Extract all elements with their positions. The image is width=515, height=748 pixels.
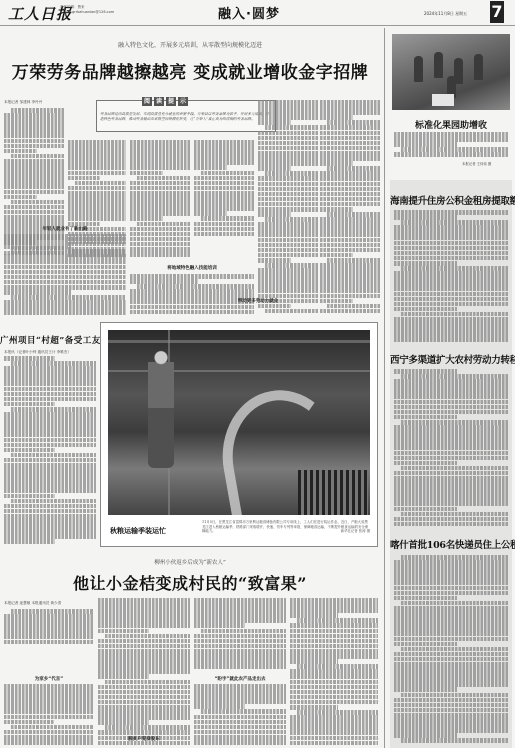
text-line bbox=[4, 427, 96, 432]
text-line bbox=[130, 232, 190, 237]
text-line bbox=[4, 149, 37, 154]
text-line bbox=[98, 613, 190, 618]
text-line bbox=[4, 118, 64, 123]
text-line bbox=[258, 156, 318, 161]
text-line bbox=[130, 242, 190, 247]
text-line bbox=[4, 529, 96, 534]
text-line bbox=[290, 680, 378, 685]
text-line bbox=[130, 191, 190, 196]
text-line bbox=[290, 603, 378, 608]
text-line bbox=[401, 555, 508, 560]
text-line bbox=[4, 514, 96, 519]
text-line bbox=[194, 639, 286, 644]
text-line bbox=[320, 105, 380, 110]
text-line bbox=[258, 232, 318, 237]
text-line bbox=[4, 730, 94, 735]
text-line bbox=[4, 300, 126, 305]
text-line bbox=[4, 468, 96, 473]
text-line bbox=[290, 608, 378, 613]
text-line bbox=[320, 227, 380, 232]
text-line bbox=[11, 453, 96, 458]
text-line bbox=[11, 407, 96, 412]
text-line bbox=[194, 623, 245, 628]
text-line bbox=[394, 456, 508, 461]
text-line bbox=[320, 232, 380, 237]
text-line bbox=[297, 618, 378, 623]
text-line bbox=[4, 290, 71, 295]
text-line bbox=[394, 476, 508, 481]
text-line bbox=[11, 249, 126, 254]
text-line bbox=[98, 603, 190, 608]
text-line bbox=[258, 146, 318, 151]
photo-title: 秋粮运输季装运忙 bbox=[110, 526, 166, 536]
text-line bbox=[194, 654, 286, 659]
text-line bbox=[320, 238, 380, 243]
text-line bbox=[194, 191, 254, 196]
text-line bbox=[130, 227, 190, 232]
reading-tips-label: 阅 读 提 示 bbox=[142, 97, 188, 106]
text-line bbox=[68, 191, 126, 196]
lead-headline: 万荣劳务品牌越擦越亮 变成就业增收金字招牌 bbox=[0, 58, 380, 83]
text-line bbox=[258, 304, 291, 309]
text-line bbox=[394, 142, 457, 147]
text-line bbox=[394, 430, 508, 435]
text-line bbox=[98, 598, 190, 603]
text-line bbox=[130, 155, 190, 160]
text-line bbox=[320, 197, 380, 202]
text-line bbox=[258, 166, 291, 171]
text-line bbox=[401, 374, 508, 379]
text-line bbox=[130, 206, 190, 211]
text-line bbox=[4, 174, 64, 179]
text-line bbox=[4, 634, 94, 639]
text-line bbox=[394, 611, 508, 616]
text-line bbox=[320, 288, 380, 293]
text-line bbox=[394, 703, 508, 708]
text-line bbox=[394, 626, 508, 631]
text-line bbox=[194, 186, 254, 191]
text-line bbox=[258, 136, 318, 141]
text-line bbox=[4, 113, 64, 118]
text-line bbox=[394, 522, 508, 527]
text-line bbox=[4, 458, 96, 463]
text-line bbox=[194, 644, 286, 649]
text-line bbox=[290, 613, 338, 618]
text-line bbox=[290, 639, 378, 644]
text-line bbox=[4, 689, 94, 694]
text-line bbox=[68, 206, 126, 211]
text-line bbox=[394, 241, 508, 246]
text-line bbox=[130, 305, 254, 310]
text-line bbox=[258, 243, 318, 248]
text-line bbox=[258, 141, 318, 146]
text-line bbox=[98, 644, 190, 649]
text-line bbox=[394, 496, 508, 501]
text-line bbox=[394, 586, 508, 591]
text-line bbox=[98, 690, 190, 695]
text-line bbox=[394, 440, 508, 445]
text-line bbox=[98, 685, 190, 690]
text-line bbox=[201, 709, 286, 714]
text-line bbox=[394, 652, 508, 657]
text-line bbox=[290, 685, 378, 690]
text-line bbox=[98, 649, 190, 654]
text-line bbox=[194, 684, 286, 689]
text-line bbox=[320, 141, 380, 146]
text-line bbox=[394, 246, 508, 251]
text-line bbox=[68, 211, 126, 216]
text-line bbox=[194, 608, 286, 613]
text-line bbox=[194, 720, 286, 725]
text-line bbox=[394, 261, 457, 266]
text-line bbox=[394, 575, 508, 580]
text-line bbox=[320, 217, 380, 222]
text-line bbox=[265, 263, 318, 268]
text-line bbox=[258, 202, 318, 207]
text-line bbox=[194, 699, 286, 704]
text-line bbox=[130, 150, 190, 155]
text-line bbox=[320, 131, 380, 136]
text-line bbox=[394, 486, 508, 491]
text-line bbox=[4, 614, 94, 619]
text-line bbox=[394, 667, 508, 672]
text-line bbox=[194, 598, 286, 603]
text-line bbox=[4, 699, 94, 704]
text-line bbox=[4, 509, 96, 514]
text-line bbox=[320, 136, 380, 141]
text-line bbox=[4, 195, 37, 200]
text-line bbox=[194, 222, 254, 227]
text-line bbox=[394, 271, 508, 276]
text-line bbox=[394, 560, 508, 565]
text-line bbox=[11, 609, 94, 614]
text-line bbox=[320, 268, 380, 273]
text-line bbox=[98, 730, 190, 735]
text-line bbox=[4, 478, 96, 483]
text-line bbox=[98, 623, 190, 628]
text-line bbox=[194, 664, 286, 669]
text-line bbox=[394, 733, 457, 738]
text-line bbox=[320, 243, 380, 248]
text-line bbox=[394, 565, 508, 570]
lead-subhead-3: 带动更多劳动力就业 bbox=[194, 298, 322, 304]
brief-body-2 bbox=[394, 369, 508, 529]
masthead: 工人日报 责任编辑：费来 E-mail:grrbzhuanlan@126.com… bbox=[0, 0, 515, 26]
text-line bbox=[258, 207, 318, 212]
text-line bbox=[327, 120, 380, 125]
text-line bbox=[4, 483, 96, 488]
text-line bbox=[4, 244, 71, 249]
text-line bbox=[4, 305, 126, 310]
text-line bbox=[4, 144, 64, 149]
text-line bbox=[394, 137, 508, 142]
text-line bbox=[258, 222, 318, 227]
text-line bbox=[327, 166, 380, 171]
text-line bbox=[290, 669, 378, 674]
section-title: 融入·圆梦 bbox=[218, 3, 280, 22]
text-line bbox=[297, 664, 378, 669]
text-line bbox=[4, 387, 96, 392]
text-line bbox=[130, 310, 254, 315]
text-line bbox=[4, 715, 94, 720]
text-line bbox=[194, 689, 286, 694]
text-line bbox=[394, 580, 508, 585]
text-line bbox=[4, 259, 126, 264]
text-line bbox=[68, 165, 126, 170]
lead-subhead-1: 年轻人就业有了新出路 bbox=[4, 226, 126, 232]
contact-info: 责任编辑：费来 E-mail:grrbzhuanlan@126.com bbox=[60, 5, 114, 14]
text-line bbox=[258, 253, 318, 258]
bottom-headline: 他让小金桔变成村民的“致富果” bbox=[0, 571, 380, 594]
text-line bbox=[98, 710, 190, 715]
text-line bbox=[394, 461, 457, 466]
text-line bbox=[394, 415, 457, 420]
text-line bbox=[394, 621, 508, 626]
text-line bbox=[11, 361, 96, 366]
text-line bbox=[194, 735, 286, 740]
text-line bbox=[394, 723, 508, 728]
text-line bbox=[68, 150, 126, 155]
text-line bbox=[194, 694, 286, 699]
text-line bbox=[265, 217, 318, 222]
text-line bbox=[4, 740, 94, 745]
text-line bbox=[4, 139, 64, 144]
text-line bbox=[4, 539, 55, 544]
text-line bbox=[258, 192, 318, 197]
text-line bbox=[4, 397, 96, 402]
text-line bbox=[194, 740, 286, 745]
text-line bbox=[4, 640, 94, 645]
text-line bbox=[201, 216, 254, 221]
brief-body-1 bbox=[394, 210, 508, 344]
text-line bbox=[130, 196, 190, 201]
text-line bbox=[258, 238, 318, 243]
text-line bbox=[4, 704, 94, 709]
text-line bbox=[4, 619, 94, 624]
bottom-subhead-3: 脱贫户变身股东 bbox=[98, 736, 190, 742]
text-line bbox=[194, 165, 227, 170]
text-line bbox=[394, 410, 508, 415]
text-line bbox=[394, 276, 508, 281]
text-line bbox=[320, 115, 353, 120]
text-line bbox=[4, 190, 64, 195]
text-line bbox=[290, 725, 378, 730]
text-line bbox=[68, 196, 126, 201]
text-line bbox=[394, 225, 508, 230]
orchard-photo-credit: 本报记者 王伟伟 摄 bbox=[462, 161, 491, 166]
text-line bbox=[4, 694, 94, 699]
text-line bbox=[258, 182, 318, 187]
text-line bbox=[258, 110, 318, 115]
text-line bbox=[401, 466, 508, 471]
text-line bbox=[394, 286, 508, 291]
text-line bbox=[320, 248, 380, 253]
orchard-photo-text bbox=[394, 132, 508, 160]
text-line bbox=[290, 629, 378, 634]
text-line bbox=[258, 151, 318, 156]
text-line bbox=[394, 517, 508, 522]
text-line bbox=[394, 322, 508, 327]
text-line bbox=[4, 159, 64, 164]
text-line bbox=[290, 649, 378, 654]
text-line bbox=[11, 725, 94, 730]
text-line bbox=[320, 253, 353, 258]
text-line bbox=[4, 402, 55, 407]
text-line bbox=[265, 309, 318, 314]
text-line bbox=[401, 312, 508, 317]
text-line bbox=[4, 412, 96, 417]
text-line bbox=[394, 369, 457, 374]
reading-tips-text: 劳务品牌是向高质量发展、实现高质量充分就业的重要手段。万荣县以劳务品牌为抓手，开… bbox=[100, 112, 272, 122]
text-line bbox=[290, 690, 378, 695]
text-line bbox=[105, 634, 190, 639]
tag-char: 示 bbox=[178, 97, 188, 106]
text-line bbox=[290, 715, 378, 720]
text-line bbox=[137, 176, 190, 181]
text-line bbox=[4, 720, 54, 725]
text-line bbox=[258, 283, 318, 288]
text-line bbox=[105, 680, 190, 685]
lead-body-col3b bbox=[130, 274, 254, 316]
text-line bbox=[98, 674, 149, 679]
text-line bbox=[327, 212, 380, 217]
text-line bbox=[98, 695, 190, 700]
bottom-subhead-2: “盼字”就此农产品走出去 bbox=[194, 676, 286, 682]
text-line bbox=[194, 196, 254, 201]
email-line: E-mail:grrbzhuanlan@126.com bbox=[60, 10, 114, 15]
text-line bbox=[68, 160, 126, 165]
text-line bbox=[394, 317, 508, 322]
text-line bbox=[258, 131, 318, 136]
bottom-kicker: 柳州小伙返乡后成为“新农人” bbox=[0, 558, 380, 566]
tag-char: 阅 bbox=[142, 97, 152, 106]
text-line bbox=[4, 356, 55, 361]
text-line bbox=[394, 230, 508, 235]
text-line bbox=[401, 420, 508, 425]
text-line bbox=[194, 145, 254, 150]
text-line bbox=[394, 251, 508, 256]
text-line bbox=[194, 704, 245, 709]
text-line bbox=[11, 108, 64, 113]
text-line bbox=[130, 181, 190, 186]
bottom-body-col3b bbox=[194, 684, 286, 748]
text-line bbox=[320, 273, 380, 278]
text-line bbox=[258, 187, 318, 192]
text-line bbox=[194, 176, 254, 181]
text-line bbox=[201, 171, 254, 176]
text-line bbox=[394, 297, 508, 302]
text-line bbox=[258, 278, 318, 283]
text-line bbox=[394, 501, 508, 506]
text-line bbox=[320, 146, 380, 151]
text-line bbox=[394, 384, 508, 389]
text-line bbox=[265, 125, 318, 130]
text-line bbox=[394, 332, 508, 337]
text-line bbox=[68, 171, 126, 176]
text-line bbox=[4, 275, 126, 280]
text-line bbox=[320, 207, 353, 212]
text-line bbox=[394, 389, 508, 394]
text-line bbox=[194, 181, 254, 186]
text-line bbox=[320, 299, 353, 304]
text-line bbox=[194, 211, 227, 216]
lead-subhead-2: 将地域特色融入技能培训 bbox=[128, 265, 256, 271]
text-line bbox=[320, 222, 380, 227]
text-line bbox=[4, 184, 64, 189]
text-line bbox=[394, 687, 457, 692]
text-line bbox=[394, 677, 508, 682]
text-line bbox=[320, 151, 380, 156]
text-line bbox=[11, 154, 64, 159]
text-line bbox=[11, 295, 126, 300]
text-line bbox=[4, 381, 96, 386]
text-line bbox=[394, 718, 508, 723]
text-line bbox=[394, 435, 508, 440]
text-line bbox=[194, 649, 286, 654]
lead-body-col1b bbox=[4, 234, 126, 316]
lead-kicker: 融入特色文化，开展多元培训，从零散型向规模化迈进 bbox=[0, 40, 380, 49]
text-line bbox=[68, 216, 126, 221]
text-line bbox=[290, 623, 378, 628]
text-line bbox=[401, 147, 508, 152]
text-line bbox=[394, 728, 508, 733]
text-line bbox=[258, 100, 318, 105]
text-line bbox=[394, 281, 508, 286]
text-line bbox=[394, 698, 508, 703]
text-line bbox=[194, 206, 254, 211]
text-line bbox=[394, 507, 457, 512]
text-line bbox=[4, 524, 96, 529]
bottom-body-col1b bbox=[4, 684, 94, 748]
orchard-photo bbox=[392, 34, 510, 110]
text-line bbox=[194, 659, 286, 664]
text-line bbox=[258, 258, 291, 263]
text-line bbox=[4, 265, 126, 270]
orchard-photo-title: 标准化果园助增收 bbox=[392, 118, 510, 131]
text-line bbox=[394, 491, 508, 496]
text-line bbox=[258, 161, 318, 166]
text-line bbox=[4, 624, 94, 629]
text-line bbox=[394, 327, 508, 332]
text-line bbox=[320, 110, 380, 115]
text-line bbox=[258, 105, 318, 110]
text-line bbox=[290, 741, 378, 746]
text-line bbox=[394, 642, 457, 647]
text-line bbox=[394, 662, 508, 667]
text-line bbox=[68, 140, 126, 145]
text-line bbox=[320, 182, 380, 187]
text-line bbox=[137, 222, 190, 227]
bottom-body-col1 bbox=[4, 609, 94, 649]
text-line bbox=[327, 304, 380, 309]
text-line bbox=[194, 140, 254, 145]
text-line bbox=[290, 720, 378, 725]
text-line bbox=[98, 639, 190, 644]
text-line bbox=[290, 644, 378, 649]
text-line bbox=[98, 700, 190, 705]
text-line bbox=[4, 443, 96, 448]
bottom-body-col3 bbox=[194, 598, 286, 672]
text-line bbox=[68, 186, 126, 191]
text-line bbox=[394, 302, 508, 307]
text-line bbox=[320, 294, 380, 299]
brief-headline-1: 海南提升住房公积金租房提取额度 bbox=[390, 193, 512, 207]
lead-body-col3 bbox=[130, 140, 190, 258]
worker-figure bbox=[148, 348, 174, 468]
text-line bbox=[394, 616, 508, 621]
photo-credit: 新华社记者 张涛 摄 bbox=[341, 529, 370, 534]
bottom-subhead-1: 为家乡“代言” bbox=[4, 676, 94, 682]
